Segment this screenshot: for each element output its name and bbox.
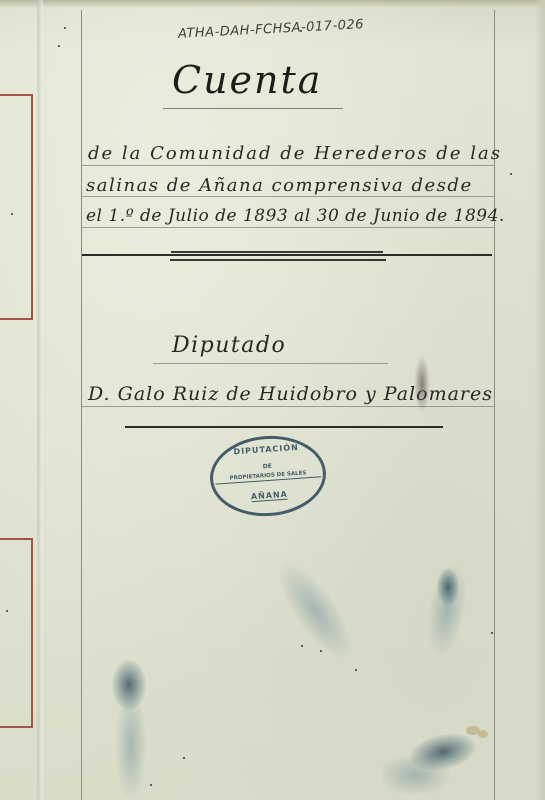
ruling-2 bbox=[82, 196, 494, 197]
subheading-underline bbox=[153, 363, 388, 364]
ruling-3 bbox=[82, 227, 494, 228]
foxing-spot bbox=[478, 730, 488, 738]
smudge-dark-2 bbox=[437, 568, 459, 606]
left-margin-line bbox=[81, 10, 82, 800]
archive-reference: ATHA-DAH-FCHSA-017-026 bbox=[178, 17, 365, 42]
smudge-left-trail bbox=[116, 690, 146, 800]
speck bbox=[6, 610, 8, 612]
stamp-line-4: AÑANA bbox=[214, 487, 324, 504]
stamp-line-1: DIPUTACIÓN bbox=[211, 441, 321, 458]
subheading: Diputado bbox=[172, 333, 286, 358]
official-stamp: DIPUTACIÓN DE PROPIETARIOS DE SALES AÑAN… bbox=[207, 432, 328, 520]
person-separator bbox=[125, 426, 443, 428]
speck bbox=[491, 632, 493, 634]
title-underline bbox=[163, 108, 343, 109]
speck bbox=[183, 757, 185, 759]
smudge-streak-1 bbox=[267, 553, 363, 666]
separator-double-top bbox=[171, 251, 383, 253]
speck bbox=[301, 645, 303, 647]
binding-mark-upper bbox=[0, 94, 33, 320]
page-top-edge bbox=[0, 0, 545, 8]
description-line-1: de la Comunidad de Herederos de las bbox=[88, 143, 502, 164]
speck bbox=[11, 213, 13, 215]
right-margin-line bbox=[494, 10, 495, 800]
spine-fold bbox=[36, 0, 44, 800]
separator-main bbox=[82, 254, 492, 256]
speck bbox=[150, 784, 152, 786]
ruling-1 bbox=[82, 165, 494, 166]
description-line-2: salinas de Añana comprensiva desde bbox=[86, 175, 473, 196]
speck bbox=[510, 173, 512, 175]
speck bbox=[355, 669, 357, 671]
separator-double-bottom bbox=[170, 259, 386, 261]
binding-mark-lower bbox=[0, 538, 33, 728]
page-right-edge bbox=[535, 0, 545, 800]
ruling-person bbox=[82, 406, 494, 407]
speck bbox=[300, 30, 302, 32]
person-name: D. Galo Ruiz de Huidobro y Palomares bbox=[88, 383, 493, 405]
speck bbox=[64, 27, 66, 29]
description-line-3: el 1.º de Julio de 1893 al 30 de Junio d… bbox=[86, 206, 505, 226]
ink-blot bbox=[414, 355, 430, 413]
speck bbox=[58, 45, 60, 47]
document-title: Cuenta bbox=[172, 58, 322, 102]
document-page: ATHA-DAH-FCHSA-017-026 Cuenta de la Comu… bbox=[0, 0, 545, 800]
stamp-place: AÑANA bbox=[251, 490, 289, 503]
speck bbox=[320, 650, 322, 652]
smudge-bottom-right-trail bbox=[380, 755, 450, 795]
